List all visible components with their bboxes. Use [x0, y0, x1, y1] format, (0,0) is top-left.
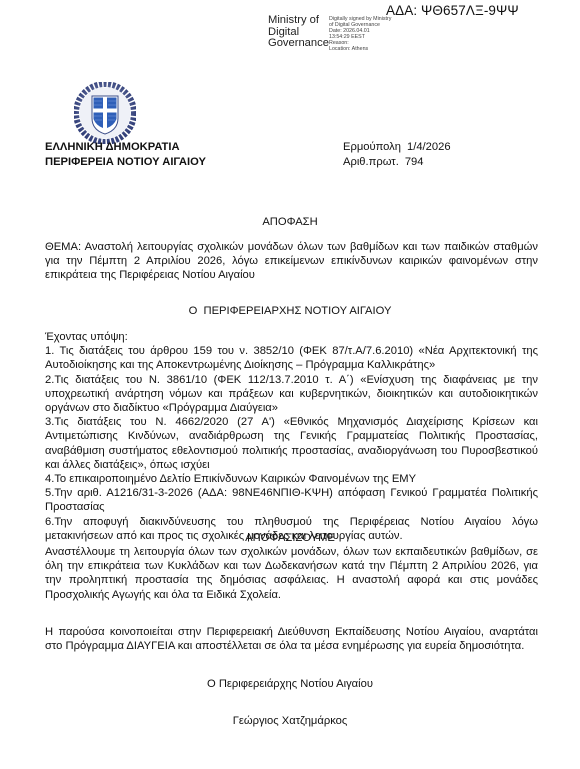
consideration-item: 4.Το επικαιροποιημένο Δελτίο Επικίνδυνων… — [45, 472, 538, 486]
ada-code: ΑΔΑ: ΨΘ657ΛΞ-9ΨΨ — [386, 3, 519, 18]
authority-heading: Ο ΠΕΡΙΦΕΡΕΙΑΡΧΗΣ ΝΟΤΙΟΥ ΑΙΓΑΙΟΥ — [0, 305, 580, 317]
digital-signature-details: Digitally signed by Ministry of Digital … — [329, 16, 391, 52]
digital-signer-organization: Ministry of Digital Governance — [268, 15, 329, 50]
document-title: ΑΠΟΦΑΣΗ — [0, 216, 580, 228]
org-line-republic: ΕΛΛΗΝΙΚΗ ΔΗΜΟΚΡΑΤΙΑ — [45, 140, 206, 155]
signature-line: Location: Athens — [329, 46, 391, 52]
consideration-item: 5.Την αριθ. Α1216/31-3-2026 (ΑΔΑ: 98ΝΕ46… — [45, 486, 538, 514]
greek-coat-of-arms-icon — [74, 82, 136, 144]
issuing-authority: ΕΛΛΗΝΙΚΗ ΔΗΜΟΚΡΑΤΙΑ ΠΕΡΙΦΕΡΕΙΑ ΝΟΤΙΟΥ ΑΙ… — [45, 140, 206, 169]
decision-body: Αναστέλλουμε τη λειτουργία όλων των σχολ… — [45, 545, 538, 602]
signer-title: Ο Περιφερειάρχης Νοτίου Αιγαίου — [0, 678, 580, 690]
notification-text: Η παρούσα κοινοποιείται στην Περιφερειακ… — [45, 625, 538, 653]
decision-heading: ΑΠΟΦΑΣΙΖΟΥΜΕ — [0, 532, 580, 544]
org-line-region: ΠΕΡΙΦΕΡΕΙΑ ΝΟΤΙΟΥ ΑΙΓΑΙΟΥ — [45, 155, 206, 170]
protocol-number: 794 — [405, 156, 424, 168]
subject: ΘΕΜΑ: Αναστολή λειτουργίας σχολικών μονά… — [45, 240, 538, 283]
protocol-label: Αριθ.πρωτ. — [343, 156, 399, 168]
consideration-item: 2.Τις διατάξεις του Ν. 3861/10 (ΦΕΚ 112/… — [45, 373, 538, 416]
subject-text: ΘΕΜΑ: Αναστολή λειτουργίας σχολικών μονά… — [45, 240, 538, 283]
signer-name: Γεώργιος Χατζημάρκος — [0, 715, 580, 727]
document-date: 1/4/2026 — [407, 141, 451, 153]
signer-org-line: Ministry of — [268, 15, 329, 27]
consideration-item: 3.Τις διατάξεις του Ν. 4662/2020 (27 Α')… — [45, 415, 538, 472]
decision-text: Αναστέλλουμε τη λειτουργία όλων των σχολ… — [45, 545, 538, 602]
place-label: Ερμούπολη — [343, 141, 401, 153]
notification-body: Η παρούσα κοινοποιείται στην Περιφερειακ… — [45, 625, 538, 653]
place-date-block: Ερμούπολη1/4/2026 Αριθ.πρωτ.794 — [343, 140, 451, 170]
consideration-item: 1. Τις διατάξεις του άρθρου 159 του ν. 3… — [45, 344, 538, 372]
signer-org-line: Governance — [268, 38, 329, 50]
considering-label: Έχοντας υπόψη: — [45, 330, 538, 344]
considerations-list: Έχοντας υπόψη: 1. Τις διατάξεις του άρθρ… — [45, 330, 538, 543]
